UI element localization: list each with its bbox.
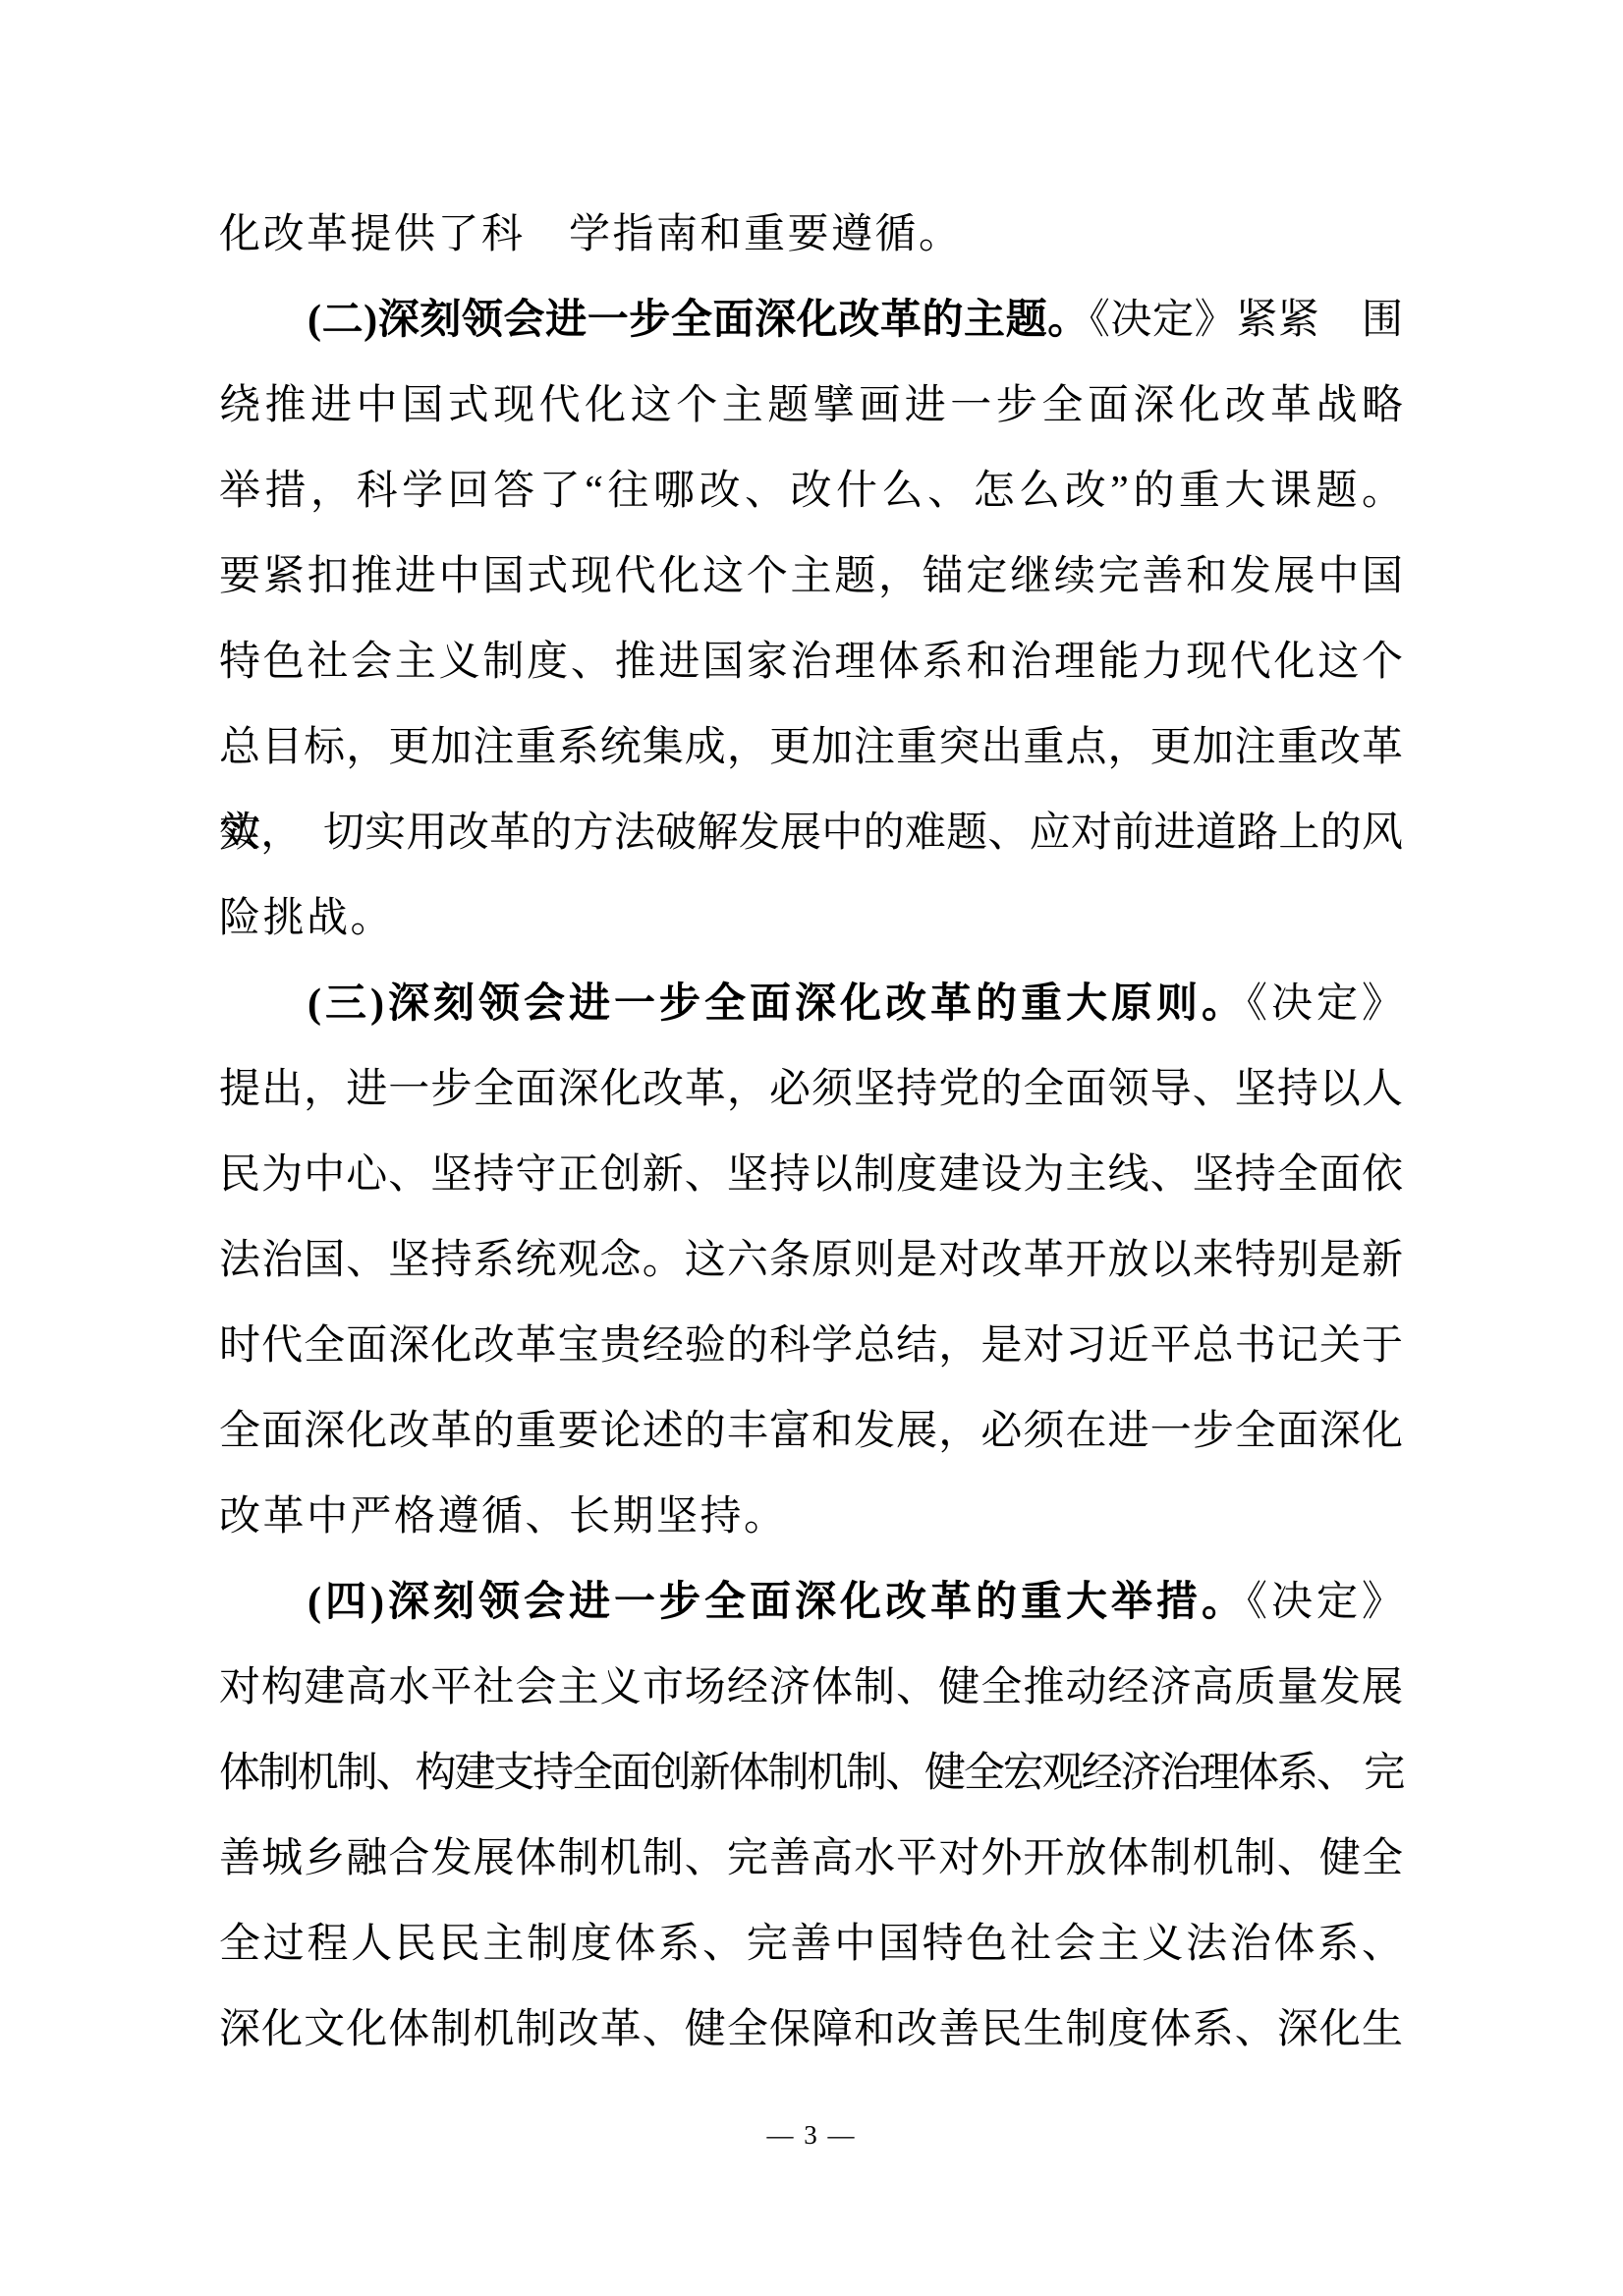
paragraph-text: 《决定》 xyxy=(1247,981,1403,1027)
paragraph-line: 法治国、坚持系统观念。这六条原则是对改革开放以来特别是新 xyxy=(219,1218,1403,1304)
paragraph-line: 险挑战。 xyxy=(219,876,1403,962)
document-body: 化改革提供了科 学指南和重要遵循。 (二)深刻领会进一步全面深化改革的主题。《决… xyxy=(219,193,1403,2073)
paragraph-text: 《决定》 xyxy=(1247,1580,1403,1625)
paragraph-line: 对构建高水平社会主义市场经济体制、健全推动经济高质量发展 xyxy=(219,1646,1403,1731)
paragraph-line: 全过程人民民主制度体系、完善中国特色社会主义法治体系、 xyxy=(219,1902,1403,1988)
paragraph-line: 民为中心、坚持守正创新、坚持以制度建设为主线、坚持全面依 xyxy=(219,1133,1403,1218)
section-heading: (四)深刻领会进一步全面深化改革的重大举措。 xyxy=(308,1580,1247,1625)
section-heading: (三)深刻领会进一步全面深化改革的重大原则。 xyxy=(308,981,1247,1027)
paragraph-line: 改革中严格遵循、长期坚持。 xyxy=(219,1475,1403,1560)
paragraph-line: 化改革提供了科 学指南和重要遵循。 xyxy=(219,193,1403,278)
section-heading: (二)深刻领会进一步全面深化改革的主题。 xyxy=(308,298,1090,343)
section-heading-line: (三)深刻领会进一步全面深化改革的重大原则。《决定》 xyxy=(219,962,1403,1047)
paragraph-line: 时代全面深化改革宝贵经验的科学总结，是对习近平总书记关于 xyxy=(219,1304,1403,1389)
paragraph-line: 体制机制、构建支持全面创新体制机制、健全宏观经济治理体系、 完 xyxy=(219,1731,1403,1817)
paragraph-line: 全面深化改革的重要论述的丰富和发展，必须在进一步全面深化 xyxy=(219,1389,1403,1475)
page-number: — 3 — xyxy=(0,2108,1623,2161)
document-page: 化改革提供了科 学指南和重要遵循。 (二)深刻领会进一步全面深化改革的主题。《决… xyxy=(0,0,1623,2296)
paragraph-line: 特色社会主义制度、推进国家治理体系和治理能力现代化这个 xyxy=(219,620,1403,705)
paragraph-line: 提出，进一步全面深化改革，必须坚持党的全面领导、坚持以人 xyxy=(219,1047,1403,1133)
paragraph-line: 深化文化体制机制改革、健全保障和改善民生制度体系、深化生 xyxy=(219,1988,1403,2073)
paragraph-line: 效， 切实用改革的方法破解发展中的难题、应对前进道路上的风 xyxy=(219,791,1403,876)
paragraph-line: 善城乡融合发展体制机制、完善高水平对外开放体制机制、健全 xyxy=(219,1817,1403,1902)
paragraph-line: 要紧扣推进中国式现代化这个主题，锚定继续完善和发展中国 xyxy=(219,534,1403,620)
paragraph-text: 《决定》紧紧 围 xyxy=(1090,298,1403,343)
paragraph-line: 绕推进中国式现代化这个主题擘画进一步全面深化改革战略 xyxy=(219,364,1403,449)
section-heading-line: (四)深刻领会进一步全面深化改革的重大举措。《决定》 xyxy=(219,1560,1403,1646)
paragraph-line: 举措，科学回答了“往哪改、改什么、怎么改”的重大课题。 xyxy=(219,449,1403,534)
section-heading-line: (二)深刻领会进一步全面深化改革的主题。《决定》紧紧 围 xyxy=(219,278,1403,364)
paragraph-line: 总目标，更加注重系统集成，更加注重突出重点，更加注重改革实 xyxy=(219,705,1403,791)
